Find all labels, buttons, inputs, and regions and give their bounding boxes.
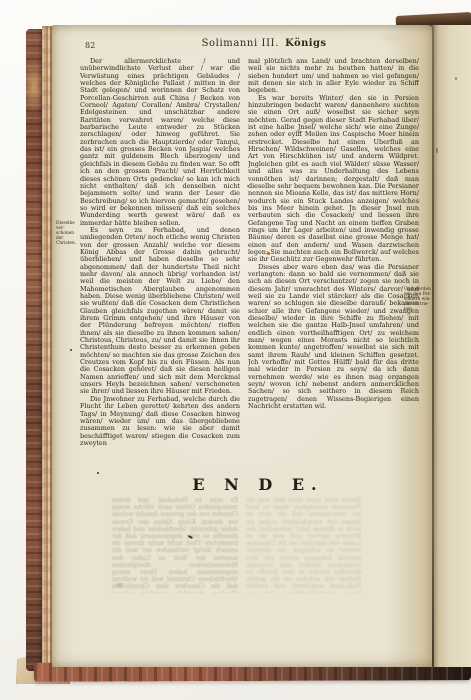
margin-note-left: Dieselbe ver- schonen der Christen. xyxy=(56,221,81,246)
bleed-through-text: Dieses aber ware eben das/ was die Persi… xyxy=(246,497,361,593)
foxing-speck xyxy=(70,349,72,351)
book-page: 82 Solimanni III. Königs Dieselbe ver- s… xyxy=(52,25,432,667)
paragraph: mal plötzlich ans Land/ und brachten der… xyxy=(248,58,419,95)
running-title: Solimanni III. Königs xyxy=(122,38,406,49)
running-title-roman: Solimanni III. xyxy=(202,38,279,49)
end-mark: E N D E. xyxy=(80,475,419,494)
bleed-through-text: Es seyn zu Ferhabad, und denen umliegend… xyxy=(112,497,238,593)
paragraph: Es war bereits Winter/ den sie in Persie… xyxy=(248,95,419,264)
ink-fleck xyxy=(436,148,438,153)
marbled-cover-left-edge xyxy=(26,29,42,671)
book-photo: 82 Solimanni III. Königs Dieselbe ver- s… xyxy=(0,0,471,700)
paragraph: Der allermercklichste / und unüberwindli… xyxy=(80,58,240,227)
paper-stain xyxy=(374,31,416,43)
ink-fleck xyxy=(455,77,457,80)
foxing-speck xyxy=(267,252,270,255)
paragraph: Dieses aber ware eben das/ was die Persi… xyxy=(248,264,419,411)
paragraph: Es seyn zu Ferhabad, und denen umliegend… xyxy=(80,227,240,396)
text-block: Der allermercklichste / und unüberwindli… xyxy=(80,58,419,468)
facing-page xyxy=(433,25,471,667)
paragraph: Die Jnwohner zu Ferhabad, welche durch d… xyxy=(80,396,240,447)
page-number: 82 xyxy=(85,41,95,50)
text-column-left: Der allermercklichste / und unüberwindli… xyxy=(80,58,240,458)
foxing-speck xyxy=(116,583,123,587)
text-column-right: mal plötzlich ans Land/ und brachten der… xyxy=(248,58,419,468)
foxing-speck xyxy=(97,472,99,474)
running-title-fraktur: Königs xyxy=(285,38,326,49)
